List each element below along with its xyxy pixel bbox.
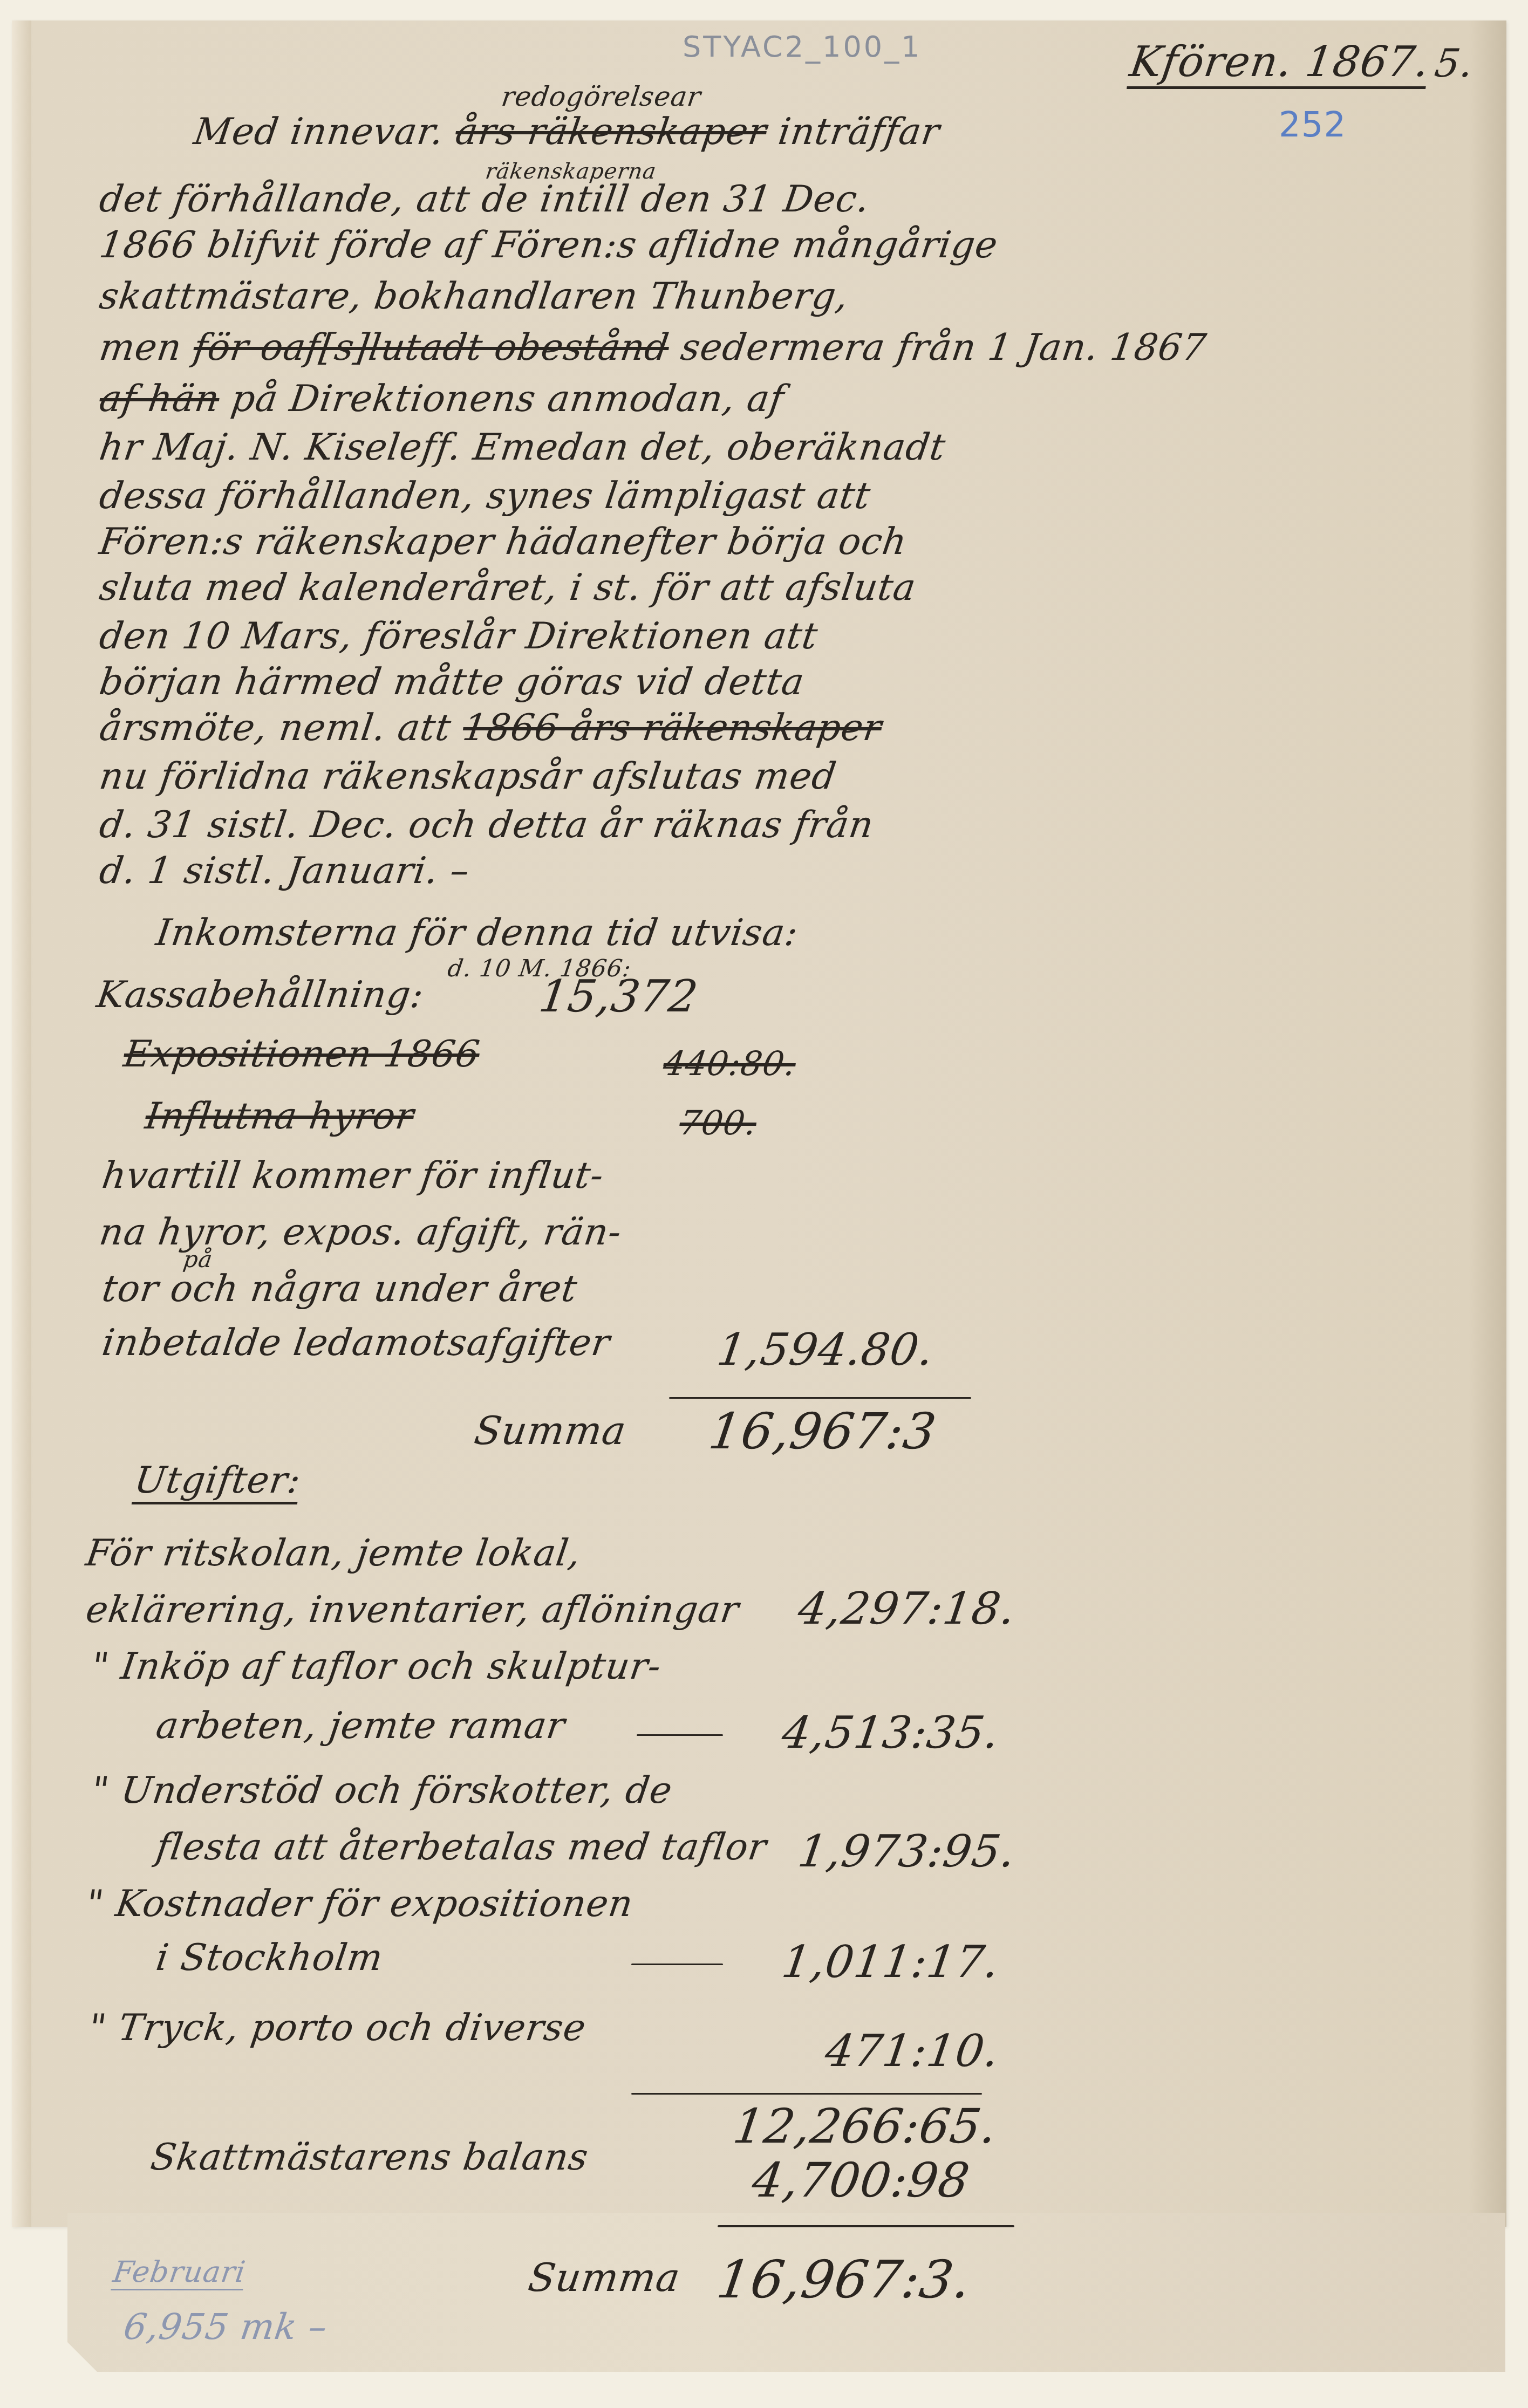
- expenses-total-label: Summa: [526, 2255, 683, 2300]
- body-line-2: det förhållande, att de intill den 31 De…: [97, 178, 872, 221]
- margin-note-month: Februari: [111, 2255, 248, 2289]
- margin-note-amount: 6,955 mk –: [121, 2306, 330, 2348]
- income-row-amount: 15,372: [536, 971, 701, 1022]
- body-line-7: hr Maj. N. Kiseleff. Emedan det, oberäkn…: [97, 426, 948, 469]
- expense-row-line: " Kostnader för expositionen: [83, 1883, 636, 1925]
- expense-row-line: eklärering, inventarier, aflöningar: [83, 1589, 741, 1631]
- body-line-1: Med innevar. års räkenskaper inträffar: [191, 111, 943, 153]
- body-line-13-start: årsmöte, neml. att: [97, 707, 454, 749]
- struck-text: 1866 års räkenskaper: [460, 707, 885, 749]
- expense-row-line: För ritskolan, jemte lokal,: [83, 1532, 583, 1575]
- expense-row-text: Understöd och förskotter, de: [118, 1769, 675, 1812]
- income-row-label-struck: Expositionen 1866: [121, 1033, 482, 1076]
- income-note-line: na hyror, expos. afgift, rän-: [97, 1211, 624, 1254]
- expense-row-line: flesta att återbetalas med taflor: [153, 1826, 769, 1869]
- page-number: 5.: [1432, 40, 1477, 86]
- body-line-6: af hän på Direktionens anmodan, af: [97, 378, 787, 420]
- expense-row-line: " Tryck, porto och diverse: [86, 2007, 589, 2049]
- income-row-amount-struck: 440:80.: [661, 1044, 799, 1083]
- body-line-5-end: sedermera från 1 Jan. 1867: [678, 326, 1209, 369]
- income-row-label-struck: Influtna hyror: [142, 1095, 417, 1138]
- expense-row-line: i Stockholm: [153, 1937, 386, 1979]
- income-note-amount: 1,594.80.: [714, 1324, 937, 1376]
- body-line-3: 1866 blifvit förde af Fören:s aflidne må…: [97, 224, 1000, 266]
- body-line-8: dessa förhållanden, synes lämpligast att: [97, 475, 873, 517]
- expense-row-line: " Inköp af taflor och skulptur-: [88, 1645, 664, 1688]
- sum-rule: [631, 2093, 982, 2095]
- expense-row-line: arbeten, jemte ramar: [153, 1705, 568, 1747]
- income-total-label: Summa: [472, 1408, 629, 1453]
- body-line-1-end: inträffar: [776, 111, 943, 153]
- interlinear-insertion: redogörelsear: [500, 81, 703, 112]
- income-note-line: hvartill kommer för influt-: [99, 1154, 606, 1197]
- body-line-4: skattmästare, bokhandlaren Thunberg,: [97, 275, 851, 318]
- expenses-heading-text: Utgifter:: [132, 1459, 304, 1504]
- expense-row-text: Inköp af taflor och skulptur-: [118, 1645, 664, 1688]
- income-heading: Inkomsterna för denna tid utvisa:: [153, 912, 801, 954]
- struck-text: för oaf[s]lutadt obestånd: [191, 326, 672, 369]
- body-line-14: nu förlidna räkenskapsår afslutas med: [97, 755, 839, 798]
- struck-text: af hän: [97, 378, 222, 420]
- sum-rule: [718, 2225, 1014, 2227]
- struck-text: års räkenskaper: [453, 111, 769, 153]
- expense-amount: 471:10.: [822, 2026, 1002, 2077]
- body-line-12: början härmed måtte göras vid detta: [97, 661, 807, 703]
- income-row-amount-struck: 700.: [677, 1103, 759, 1143]
- body-line-5-start: men: [97, 326, 185, 369]
- expense-amount: 4,297:18.: [795, 1583, 1019, 1634]
- income-row-label: Kassabehållning:: [94, 974, 426, 1016]
- expenses-subtotal: 12,266:65.: [730, 2098, 1001, 2154]
- body-line-10: sluta med kalenderåret, i st. för att af…: [97, 566, 918, 609]
- body-line-11: den 10 Mars, föreslår Direktionen att: [97, 615, 820, 658]
- struck-text: Influtna hyror: [142, 1095, 417, 1138]
- balance-amount: 4,700:98: [749, 2152, 973, 2208]
- balance-label: Skattmästarens balans: [148, 2136, 591, 2179]
- body-line-13: årsmöte, neml. att 1866 års räkenskaper: [97, 707, 884, 749]
- folio-number: 252: [1279, 105, 1346, 145]
- expenses-total: 16,967:3.: [713, 2249, 975, 2310]
- expense-row-text: Kostnader för expositionen: [113, 1883, 636, 1925]
- archive-stamp: STYAC2_100_1: [683, 30, 922, 64]
- body-line-16: d. 1 sistl. Januari. –: [97, 850, 472, 892]
- body-line-15: d. 31 sistl. Dec. och detta år räknas fr…: [97, 804, 876, 846]
- income-total: 16,967:3: [705, 1403, 939, 1460]
- body-line-5: men för oaf[s]lutadt obestånd sedermera …: [97, 326, 1209, 369]
- expense-amount: 1,973:95.: [795, 1826, 1019, 1877]
- expense-row-line: " Understöd och förskotter, de: [88, 1769, 675, 1812]
- body-line-1-start: Med innevar.: [191, 111, 446, 153]
- body-line-9: Fören:s räkenskaper hädanefter börja och: [97, 521, 910, 563]
- income-note-line: tor och några under året: [99, 1268, 580, 1310]
- sum-rule: [669, 1397, 971, 1399]
- income-note-line: inbetalde ledamotsafgifter: [99, 1322, 612, 1364]
- expense-amount: 1,011:17.: [779, 1937, 1002, 1988]
- body-line-6-end: på Direktionens anmodan, af: [229, 378, 787, 420]
- header-reference-text: Kfören. 1867.: [1127, 38, 1432, 89]
- expense-row-text: Tryck, porto och diverse: [115, 2007, 589, 2049]
- expense-amount: 4,513:35.: [779, 1707, 1002, 1759]
- expenses-heading: Utgifter:: [132, 1459, 303, 1502]
- margin-note-month-text: Februari: [111, 2255, 248, 2290]
- header-reference: Kfören. 1867.: [1127, 38, 1432, 86]
- leader-dash: [637, 1734, 723, 1736]
- leader-dash: [631, 1964, 723, 1965]
